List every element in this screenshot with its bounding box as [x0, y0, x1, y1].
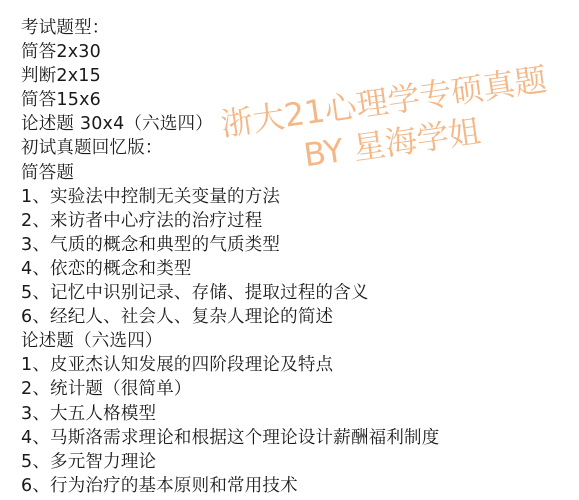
short-answer-item: 6、经纪人、社会人、复杂人理论的简述: [21, 305, 439, 329]
essay-item: 4、马斯洛需求理论和根据这个理论设计薪酬福利制度: [21, 426, 439, 450]
short-answer-item: 4、依恋的概念和类型: [21, 257, 439, 281]
short-answer-item: 5、记忆中识别记录、存储、提取过程的含义: [21, 281, 439, 305]
short-answer-heading: 简答题: [21, 161, 439, 185]
document-body: 考试题型： 简答2x30 判断2x15 简答15x6 论述题 30x4（六选四）…: [21, 16, 439, 498]
essay-item: 1、皮亚杰认知发展的四阶段理论及特点: [21, 353, 439, 377]
exam-format-heading: 考试题型：: [21, 16, 439, 40]
exam-format-item: 简答15x6: [21, 88, 439, 112]
recall-heading: 初试真题回忆版：: [21, 136, 439, 160]
exam-format-item: 简答2x30: [21, 40, 439, 64]
essay-item: 2、统计题（很简单）: [21, 377, 439, 401]
exam-format-item: 论述题 30x4（六选四）: [21, 112, 439, 136]
essay-item: 3、大五人格模型: [21, 402, 439, 426]
essay-heading: 论述题（六选四）: [21, 329, 439, 353]
essay-item: 6、行为治疗的基本原则和常用技术: [21, 474, 439, 498]
short-answer-item: 2、来访者中心疗法的治疗过程: [21, 209, 439, 233]
essay-item: 5、多元智力理论: [21, 450, 439, 474]
exam-format-item: 判断2x15: [21, 64, 439, 88]
short-answer-item: 3、气质的概念和典型的气质类型: [21, 233, 439, 257]
short-answer-item: 1、实验法中控制无关变量的方法: [21, 185, 439, 209]
